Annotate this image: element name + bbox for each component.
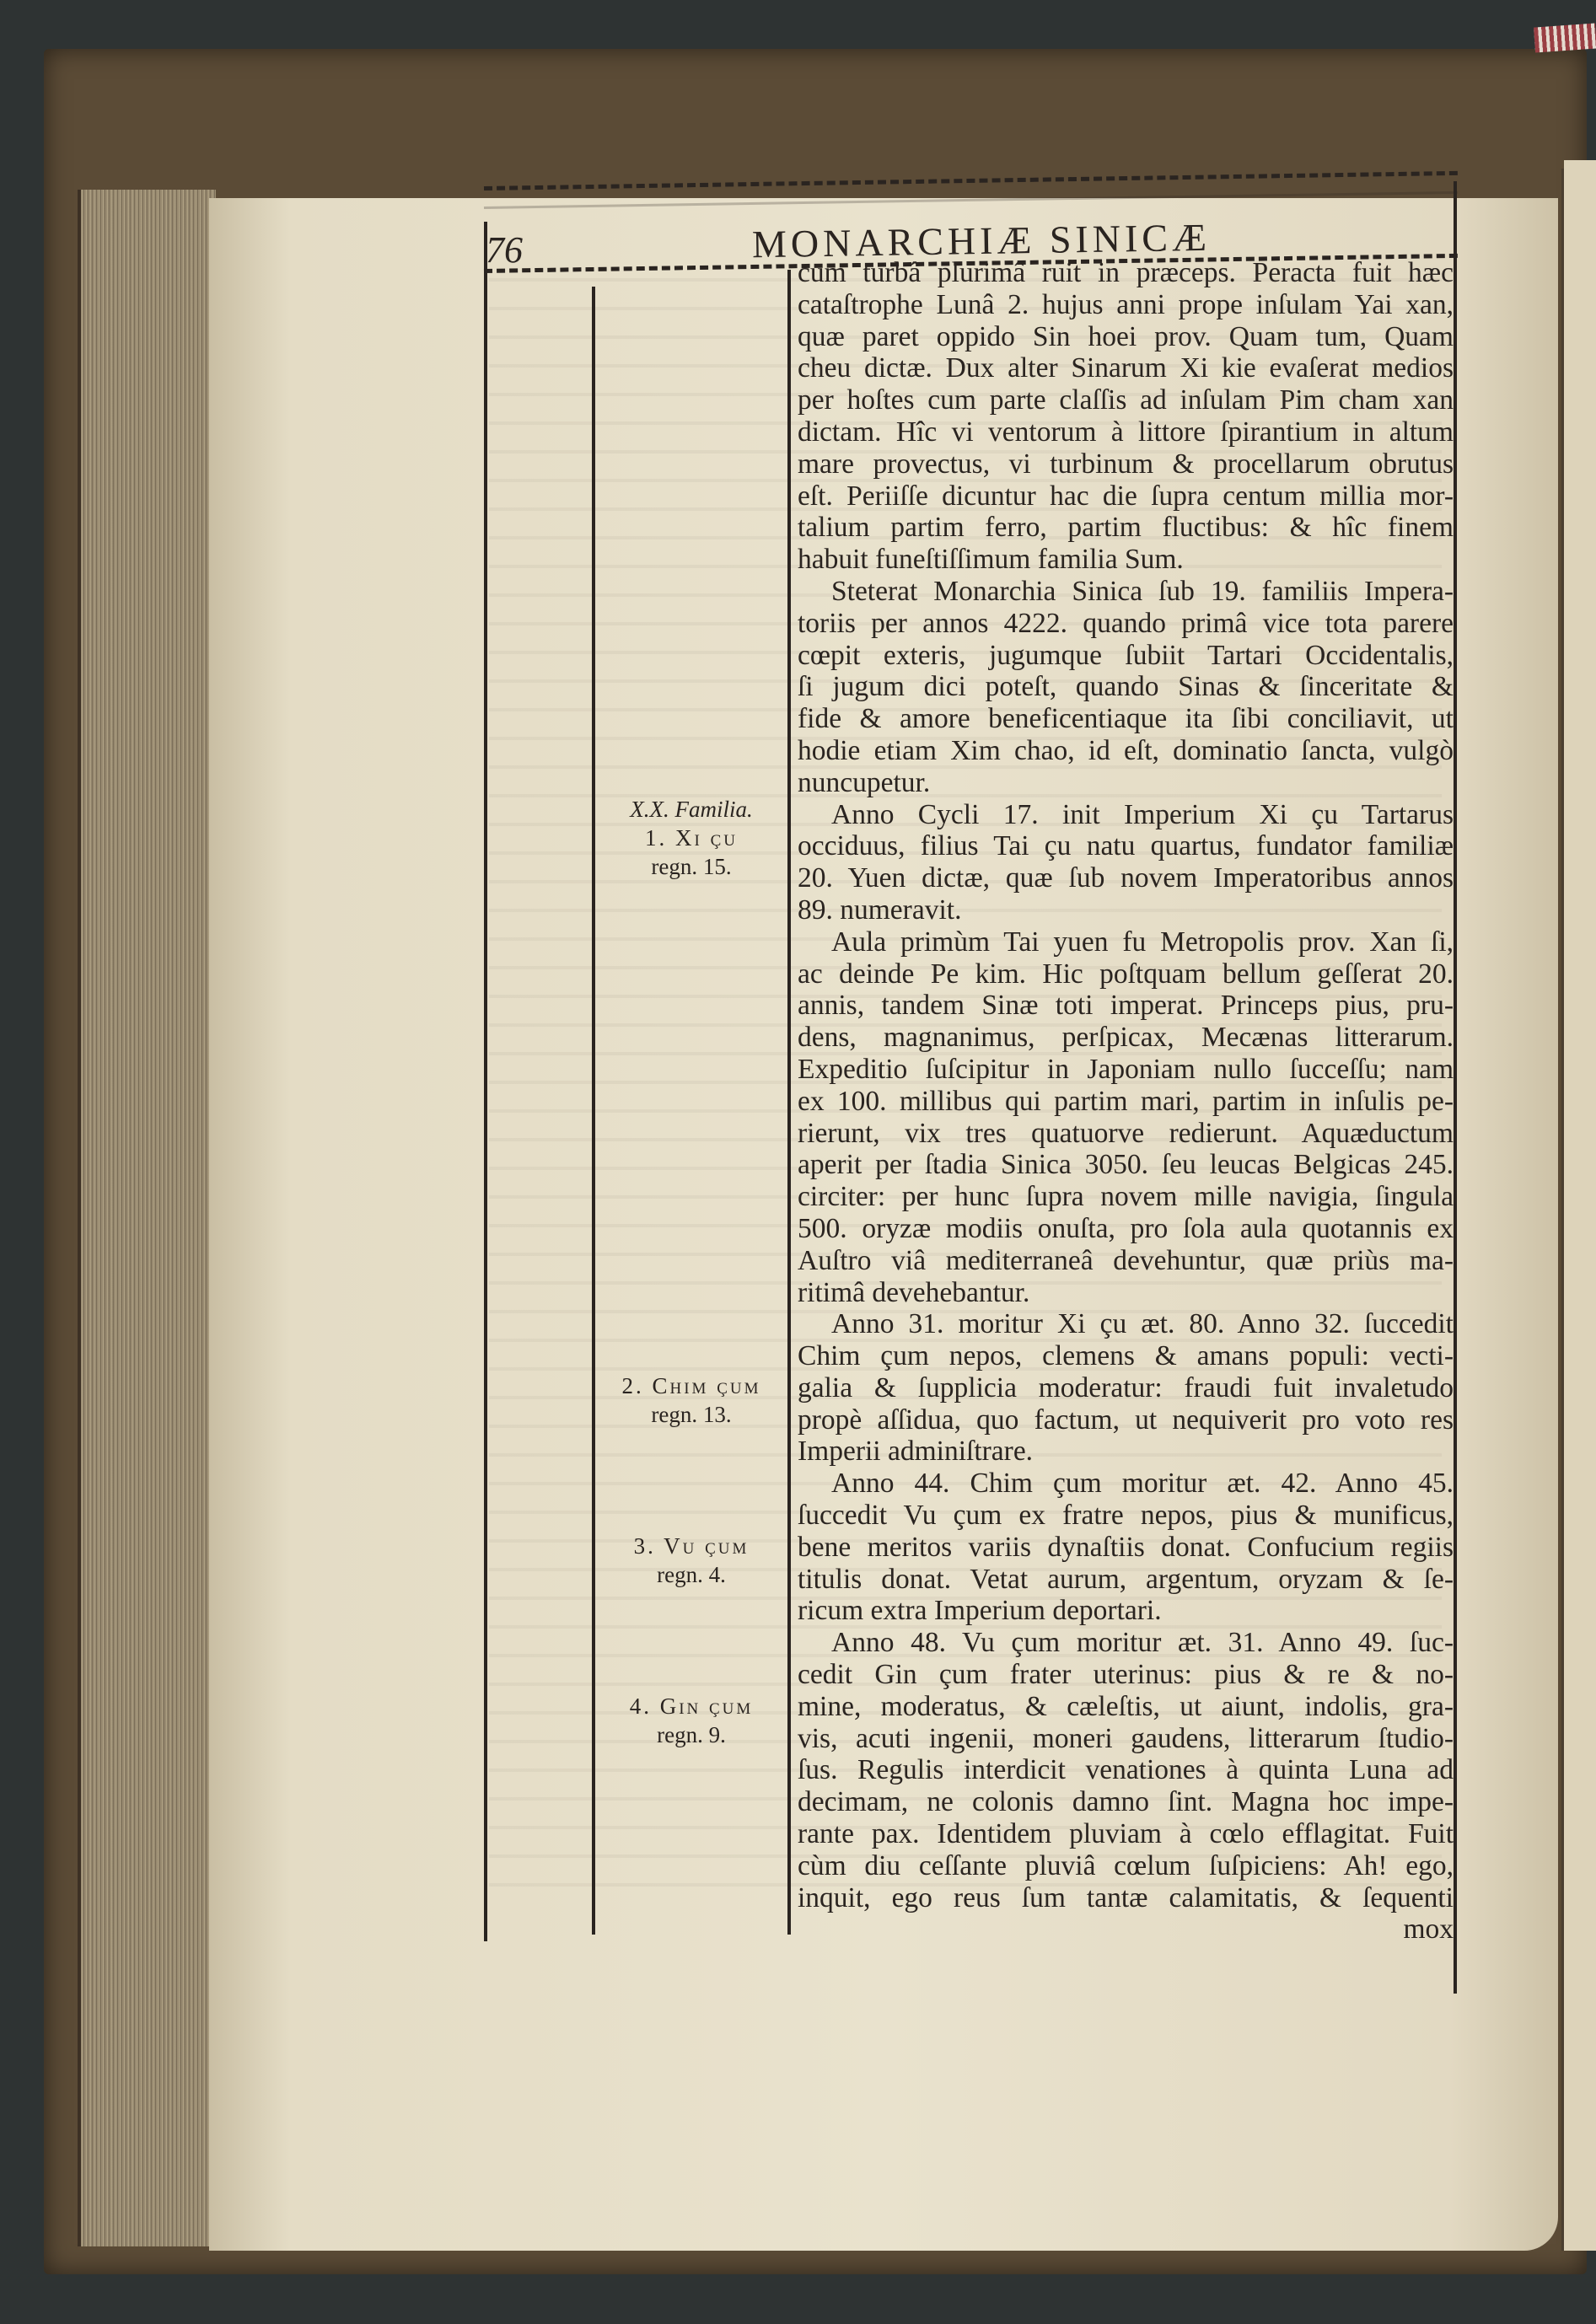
text-line: cataſtrophe Lunâ 2. hujus anni prope inſ… — [798, 289, 1454, 321]
margin-column-rule — [592, 287, 595, 1935]
text-line: galia & ſupplicia moderatur: fraudi fuit… — [798, 1372, 1454, 1404]
text-line: nuncupetur. — [798, 767, 1454, 799]
paragraph-start: Anno Cycli 17. init Imperium Xi çu Tarta… — [798, 799, 1454, 831]
text-line: quæ paret oppido Sin hoei prov. Quam tum… — [798, 321, 1454, 353]
text-line: rierunt, vix tres quatuorve redierunt. A… — [798, 1118, 1454, 1150]
reign-length: regn. 15. — [599, 852, 784, 881]
text-line: occiduus, filius Tai çu natu quartus, fu… — [798, 830, 1454, 862]
text-line: ricum extra Imperium deportari. — [798, 1595, 1454, 1627]
paragraph-start: Anno 31. moritur Xi çu æt. 80. Anno 32. … — [798, 1308, 1454, 1340]
text-line: ac deinde Pe kim. Hic poſtquam bellum ge… — [798, 958, 1454, 990]
text-line: per hoſtes cum parte claſſis ad inſulam … — [798, 384, 1454, 416]
text-line: toriis per annos 4222. quando primâ vice… — [798, 608, 1454, 640]
ghost-rule — [484, 191, 1458, 209]
margin-entry-family: X.X. Familia. 1. Xi çu regn. 15. — [599, 795, 784, 881]
text-line: cœpit exteris, jugumque ſubiit Tartari O… — [798, 640, 1454, 672]
catchword: mox — [798, 1913, 1454, 1946]
text-line: ſi jugum dici poteſt, quando Sinas & ſin… — [798, 671, 1454, 703]
emperor-name: 3. Vu çum — [599, 1532, 784, 1560]
gutter — [1561, 169, 1564, 2251]
text-line: inquit, ego reus ſum tantæ calamitatis, … — [798, 1882, 1454, 1914]
paragraph-start: Anno 44. Chim çum moritur æt. 42. Anno 4… — [798, 1468, 1454, 1500]
emperor-name: 4. Gin çum — [599, 1692, 784, 1720]
text-line: dictam. Hîc vi ventorum à littore ſpiran… — [798, 416, 1454, 448]
text-line: bene meritos variis dynaſtiis donat. Con… — [798, 1532, 1454, 1564]
reign-length: regn. 4. — [599, 1560, 784, 1589]
text-line: cheu dictæ. Dux alter Sinarum Xi kie eva… — [798, 352, 1454, 384]
page-number: 76 — [486, 228, 523, 271]
emperor-name: 2. Chim çum — [599, 1371, 784, 1400]
margin-entry-emperor: 3. Vu çum regn. 4. — [599, 1532, 784, 1589]
text-line: mare provectus, vi turbinum & procellaru… — [798, 448, 1454, 480]
text-line: hodie etiam Xim chao, id eſt, dominatio … — [798, 735, 1454, 767]
text-line: cum turbâ plurimâ ruit in præceps. Perac… — [798, 257, 1454, 289]
text-line: annis, tandem Sinæ toti imperat. Princep… — [798, 990, 1454, 1022]
text-line: rante pax. Identidem pluviam à cœlo effl… — [798, 1818, 1454, 1850]
reign-length: regn. 13. — [599, 1400, 784, 1429]
text-line: decimam, ne colonis damno ſint. Magna ho… — [798, 1786, 1454, 1818]
text-line: cùm diu ceſſante pluviâ cœlum ſuſpiciens… — [798, 1850, 1454, 1882]
text-line: Chim çum nepos, clemens & amans populi: … — [798, 1340, 1454, 1372]
bookmark-ribbon — [1534, 23, 1596, 52]
paragraph-start: Steterat Monarchia Sinica ſub 19. famili… — [798, 576, 1454, 608]
text-line: fide & amore beneficentiaque ita ſibi co… — [798, 703, 1454, 735]
text-line: ex 100. millibus qui partim mari, partim… — [798, 1086, 1454, 1118]
text-line: Auſtro viâ mediterraneâ devehuntur, quæ … — [798, 1245, 1454, 1277]
text-line: Expeditio ſuſcipitur in Japoniam nullo ſ… — [798, 1054, 1454, 1086]
text-line: dens, magnanimus, perſpicax, Mecænas lit… — [798, 1022, 1454, 1054]
text-line: 500. oryzæ modiis onuſta, pro ſola aula … — [798, 1213, 1454, 1245]
paragraph-start: Aula primùm Tai yuen fu Metropolis prov.… — [798, 926, 1454, 958]
frame-left-rule — [484, 222, 487, 1941]
text-line: vis, acuti ingenii, moneri gaudens, litt… — [798, 1723, 1454, 1755]
text-line: cedit Gin çum frater uterinus: pius & re… — [798, 1659, 1454, 1691]
print-block: 76 MONARCHIÆ SINICÆ X.X. Familia. 1. Xi … — [484, 181, 1458, 1960]
margin-entry-emperor: 4. Gin çum regn. 9. — [599, 1692, 784, 1749]
text-column-rule — [787, 270, 791, 1935]
text-line: talium partim ferro, partim fluctibus: &… — [798, 512, 1454, 544]
paragraph-start: Anno 48. Vu çum moritur æt. 31. Anno 49.… — [798, 1627, 1454, 1659]
text-line: aperit per ſtadia Sinica 3050. ſeu leuca… — [798, 1149, 1454, 1181]
facing-page-edge — [1564, 160, 1596, 2251]
body-text: cum turbâ plurimâ ruit in præceps. Perac… — [798, 257, 1454, 1946]
emperor-name: 1. Xi çu — [599, 824, 784, 852]
reign-length: regn. 9. — [599, 1720, 784, 1749]
text-line: ſuccedit Vu çum ex fratre nepos, pius & … — [798, 1500, 1454, 1532]
text-line: ſus. Regulis interdicit venationes à qui… — [798, 1754, 1454, 1786]
family-heading: X.X. Familia. — [599, 795, 784, 824]
page-edges — [78, 190, 216, 2246]
margin-entry-emperor: 2. Chim çum regn. 13. — [599, 1371, 784, 1429]
text-line: circiter: per hunc ſupra novem mille nav… — [798, 1181, 1454, 1213]
text-line: ritimâ devehebantur. — [798, 1277, 1454, 1309]
frame-right-rule — [1454, 181, 1457, 1994]
text-line: Imperii adminiſtrare. — [798, 1436, 1454, 1468]
text-line: eſt. Periiſſe dicuntur hac die ſupra cen… — [798, 480, 1454, 513]
text-line: 20. Yuen dictæ, quæ ſub novem Imperatori… — [798, 862, 1454, 894]
text-line: mine, moderatus, & cæleſtis, ut aiunt, i… — [798, 1691, 1454, 1723]
text-line: titulis donat. Vetat aurum, argentum, or… — [798, 1564, 1454, 1596]
text-line: 89. numeravit. — [798, 894, 1454, 926]
text-line: propè aſſidua, quo factum, ut nequiverit… — [798, 1404, 1454, 1436]
text-line: habuit funeſtiſſimum familia Sum. — [798, 544, 1454, 576]
